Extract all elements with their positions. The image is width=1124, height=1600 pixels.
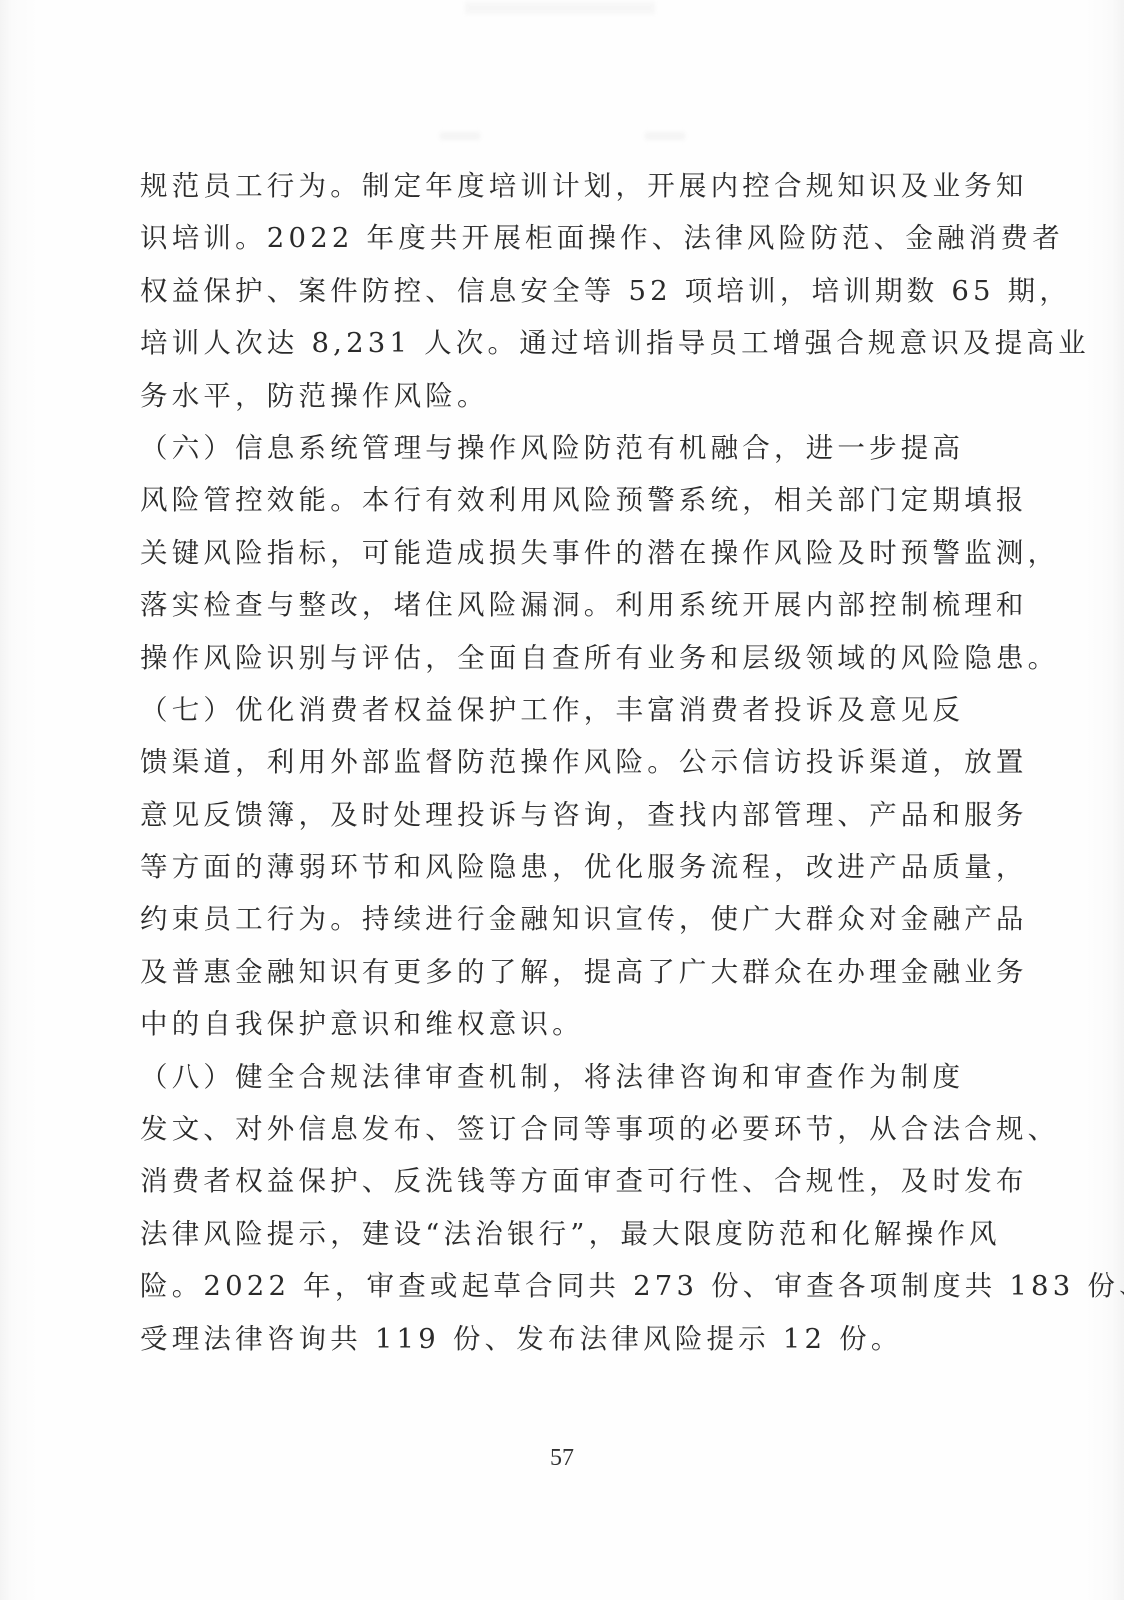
text-line: 发文、对外信息发布、签订合同等事项的必要环节，从合法合规、 [140, 1103, 958, 1155]
section-heading-line: （八）健全合规法律审查机制，将法律咨询和审查作为制度 [140, 1051, 958, 1103]
text-line: 风险管控效能。本行有效利用风险预警系统，相关部门定期填报 [140, 474, 958, 526]
text-line: 培训人次达 8,231 人次。通过培训指导员工增强合规意识及提高业 [140, 317, 958, 369]
text-line: 落实检查与整改，堵住风险漏洞。利用系统开展内部控制梳理和 [140, 579, 958, 631]
text-line: 权益保护、案件防控、信息安全等 52 项培训，培训期数 65 期， [140, 265, 958, 317]
body-text: 规范员工行为。制定年度培训计划，开展内控合规知识及业务知 识培训。2022 年度… [140, 160, 970, 1365]
section-heading-line: （六）信息系统管理与操作风险防范有机融合，进一步提高 [140, 422, 958, 474]
text-line: 规范员工行为。制定年度培训计划，开展内控合规知识及业务知 [140, 160, 958, 212]
paragraph-section-8: （八）健全合规法律审查机制，将法律咨询和审查作为制度 发文、对外信息发布、签订合… [140, 1051, 970, 1365]
text-line: 操作风险识别与评估，全面自查所有业务和层级领域的风险隐患。 [140, 632, 958, 684]
text-line: 受理法律咨询共 119 份、发布法律风险提示 12 份。 [140, 1313, 958, 1365]
text-line: 及普惠金融知识有更多的了解，提高了广大群众在办理金融业务 [140, 946, 958, 998]
paragraph-continuation: 规范员工行为。制定年度培训计划，开展内控合规知识及业务知 识培训。2022 年度… [140, 160, 970, 422]
scan-bleed-through [465, 2, 655, 14]
scan-bleed-through [645, 132, 685, 140]
paragraph-section-7: （七）优化消费者权益保护工作，丰富消费者投诉及意见反 馈渠道，利用外部监督防范操… [140, 684, 970, 1051]
text-line: 务水平，防范操作风险。 [140, 370, 958, 422]
text-line: 识培训。2022 年度共开展柜面操作、法律风险防范、金融消费者 [140, 212, 958, 264]
document-page: 规范员工行为。制定年度培训计划，开展内控合规知识及业务知 识培训。2022 年度… [0, 0, 1124, 1600]
text-line: 关键风险指标，可能造成损失事件的潜在操作风险及时预警监测， [140, 527, 958, 579]
paragraph-section-6: （六）信息系统管理与操作风险防范有机融合，进一步提高 风险管控效能。本行有效利用… [140, 422, 970, 684]
scan-bleed-through [440, 132, 480, 140]
text-line: 消费者权益保护、反洗钱等方面审查可行性、合规性，及时发布 [140, 1155, 958, 1207]
page-number: 57 [0, 1445, 1124, 1472]
text-line: 意见反馈簿，及时处理投诉与咨询，查找内部管理、产品和服务 [140, 789, 958, 841]
text-line: 法律风险提示，建设“法治银行”，最大限度防范和化解操作风 [140, 1208, 958, 1260]
text-line: 馈渠道，利用外部监督防范操作风险。公示信访投诉渠道，放置 [140, 736, 958, 788]
text-line: 中的自我保护意识和维权意识。 [140, 998, 958, 1050]
text-line: 险。2022 年，审查或起草合同共 273 份、审查各项制度共 183 份、 [140, 1260, 958, 1312]
text-line: 等方面的薄弱环节和风险隐患，优化服务流程，改进产品质量， [140, 841, 958, 893]
section-heading-line: （七）优化消费者权益保护工作，丰富消费者投诉及意见反 [140, 684, 958, 736]
text-line: 约束员工行为。持续进行金融知识宣传，使广大群众对金融产品 [140, 893, 958, 945]
